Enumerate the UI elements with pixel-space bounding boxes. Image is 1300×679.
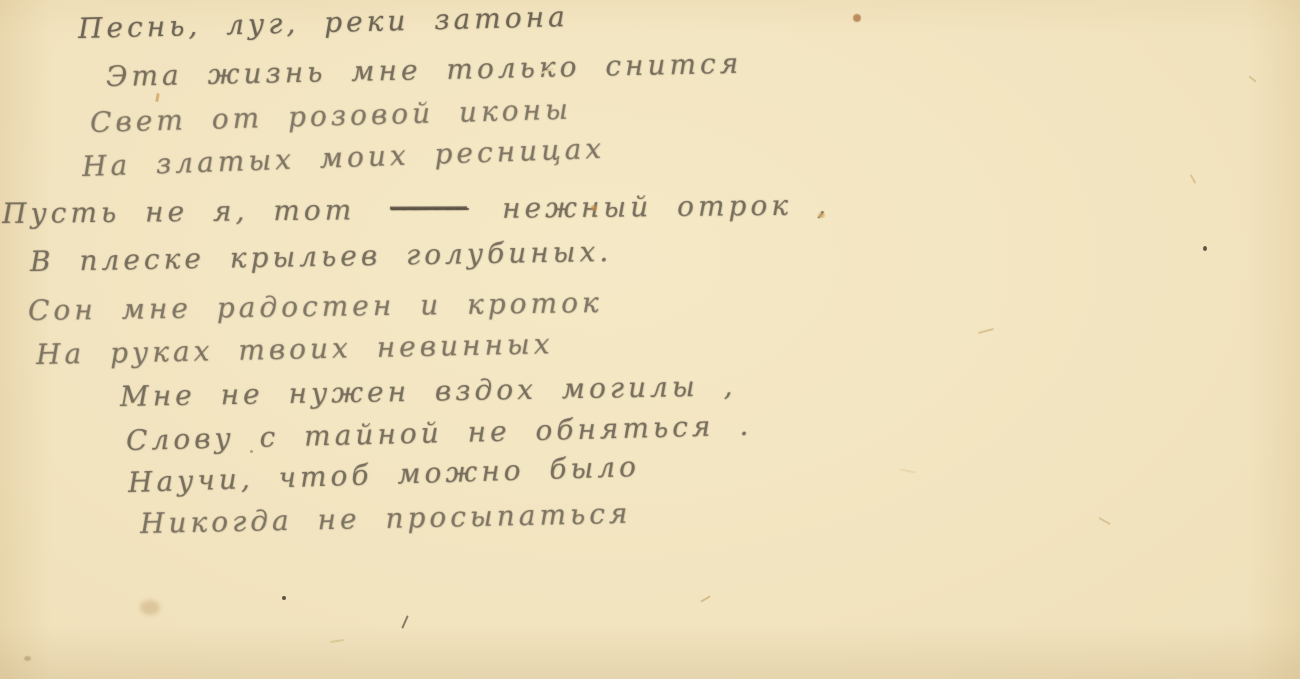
paper-stain xyxy=(591,205,597,211)
poem-line-8: На руках твоих невинных xyxy=(36,327,554,371)
poem-line-5-after: нежный отрок , xyxy=(502,188,830,224)
paper-stain xyxy=(818,213,825,218)
poem-line-3: Свет от розовой иконы xyxy=(90,93,573,139)
poem-line-1: Песнь, луг, реки затона xyxy=(78,0,570,45)
paper-mark xyxy=(24,656,31,661)
poem-line-6: В плеске крыльев голубиных. xyxy=(30,235,613,278)
paper-speck xyxy=(282,596,286,600)
paper-fiber xyxy=(1190,174,1197,184)
poem-line-5: Пусть не я, тот ––––––– нежный отрок , xyxy=(2,188,830,230)
paper-fiber xyxy=(155,93,160,102)
crossed-out-word: ––––––– xyxy=(390,190,467,223)
paper-fiber xyxy=(330,639,344,643)
paper-fiber xyxy=(401,615,409,629)
manuscript-page: Песнь, луг, реки затона Эта жизнь мне то… xyxy=(0,0,1300,679)
paper-fiber xyxy=(1098,517,1110,525)
paper-fiber xyxy=(700,595,711,602)
paper-speck xyxy=(250,450,253,453)
paper-fiber xyxy=(1248,75,1256,82)
poem-line-2: Эта жизнь мне только снится xyxy=(106,47,743,93)
poem-line-10: Слову с тайной не обняться . xyxy=(126,409,753,457)
poem-line-11: Научи, чтоб можно было xyxy=(127,450,640,499)
poem-line-5-before: Пусть не я, тот xyxy=(2,193,356,230)
paper-speck xyxy=(1203,246,1207,251)
poem-line-4: На златых моих ресницах xyxy=(81,132,605,183)
paper-stain xyxy=(853,14,861,22)
poem-line-7: Сон мне радостен и кроток xyxy=(28,286,603,327)
poem-line-12: Никогда не просыпаться xyxy=(140,497,632,540)
paper-fiber xyxy=(900,468,916,473)
paper-stain xyxy=(140,600,160,615)
poem-line-9: Мне не нужен вздох могилы , xyxy=(120,369,737,413)
paper-fiber xyxy=(978,328,994,334)
